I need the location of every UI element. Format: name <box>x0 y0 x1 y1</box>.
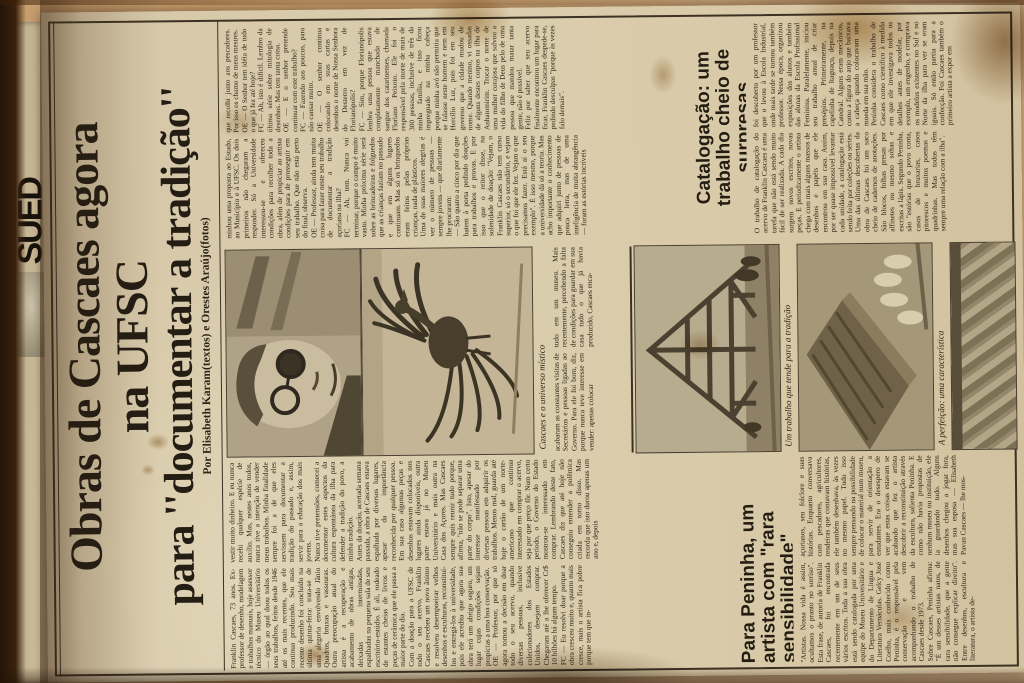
photo-engenho-structure <box>634 245 780 452</box>
catalogacao-col2: foi descoberto por um professor que o le… <box>751 20 1013 127</box>
photo-cascaes-portrait <box>226 249 362 456</box>
main-article-right-col2: que recolhi junto aos pescadores. Por is… <box>223 24 688 133</box>
photo-rooster-drawing <box>362 248 534 456</box>
main-article-col2: vestir muito dinheiro. E eu nunca recebi… <box>228 457 735 562</box>
spine-shadow <box>0 0 26 683</box>
headline-line3: para ''documentar a tradição'' <box>153 25 204 667</box>
caption-cascaes-mystic: Cascaes e o universo místico <box>536 249 548 449</box>
main-article-right-col1: minhou uma proposta ao Estado, ao Municí… <box>224 134 689 239</box>
caption-perfection: A perfeição: uma característica <box>935 245 947 445</box>
main-article-mini-col-right: tudo em um museu. Mais recentemente, per… <box>552 247 629 348</box>
peninha-col2: açorianos, seu folclore e suas histórias… <box>798 454 1018 556</box>
closeup-beam <box>950 243 962 449</box>
caption-tradition: Um trabalho que tende para a tradição <box>782 247 794 447</box>
peninha-heading: Para Peninha, um artista com "rara sensi… <box>738 455 794 664</box>
main-article-col1: Franklin Cascaes, 73 anos. Ex-professor … <box>229 563 736 668</box>
headline-line2: na UFSC <box>105 25 160 667</box>
catalogacao-heading: Catalogação: um trabalho cheio de surpre… <box>693 15 747 240</box>
mid-rule <box>629 246 633 452</box>
headline-line1: Obras de Cascaes agora <box>57 26 112 668</box>
main-article-mini-col-left: acabaram as constantes visitas de Secret… <box>553 353 630 452</box>
peninha-col1: "Artistas. Nossa vida é assim, ocultamos… <box>799 560 1019 662</box>
newspaper-photo-scene: SUED Obras de Cascaes agora na UFSC para… <box>0 0 1024 683</box>
headline: Obras de Cascaes agora na UFSC para ''do… <box>57 25 203 668</box>
photo-detail-closeup <box>950 242 1016 449</box>
photo-miniature-scene <box>797 243 933 450</box>
catalogacao-col1: O trabalho de catalogação do acervo de F… <box>752 130 1014 233</box>
newspaper-page: Obras de Cascaes agora na UFSC para ''do… <box>41 2 1024 682</box>
